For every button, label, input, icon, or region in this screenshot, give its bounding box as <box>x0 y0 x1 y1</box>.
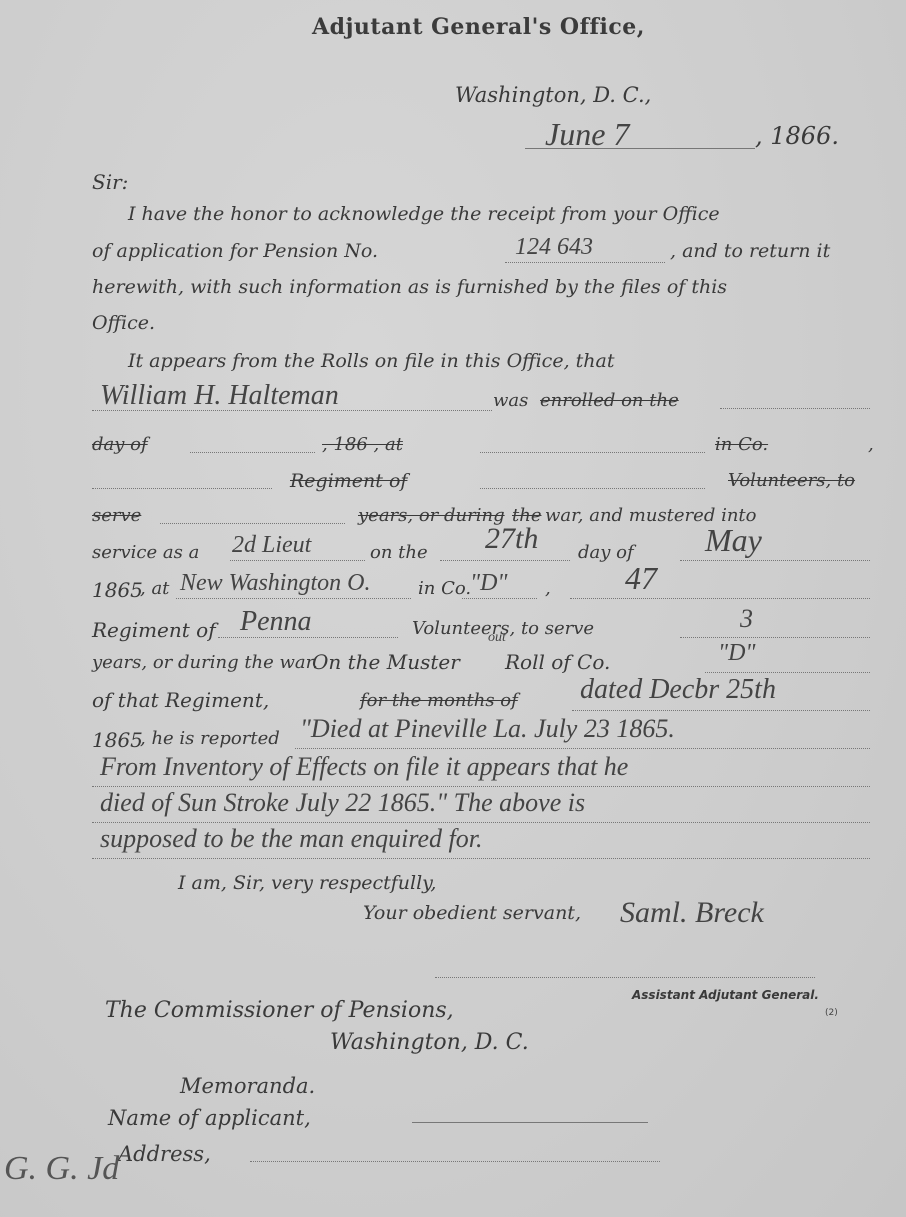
rank: 2d Lieut <box>232 532 311 559</box>
office-heading: Adjutant General's Office, <box>312 14 645 40</box>
document-page: Adjutant General's Office, Washington, D… <box>0 0 906 1217</box>
of-that-regiment-text: of that Regiment, <box>92 688 269 712</box>
on-the-text: on the <box>370 542 428 563</box>
signature-line <box>435 977 815 978</box>
body-line-2-post: , and to return it <box>670 240 830 262</box>
remark-2: From Inventory of Effects on file it app… <box>100 752 628 782</box>
was-text: was <box>493 390 528 411</box>
day-line <box>440 560 570 561</box>
name-of-applicant-label: Name of applicant, <box>108 1106 311 1130</box>
date-year: , 1866. <box>755 122 839 150</box>
memoranda-heading: Memoranda. <box>180 1074 315 1098</box>
in-co-text: in Co. <box>418 578 471 599</box>
service-as-text: service as a <box>92 542 199 563</box>
in-co-struck: in Co. <box>715 434 768 455</box>
volunteers-to-struck: Volunteers, to <box>728 470 855 491</box>
name-of-applicant-field <box>412 1122 648 1123</box>
comma: , <box>545 578 551 599</box>
at-text: , at <box>140 578 169 599</box>
term-line <box>680 637 870 638</box>
place-line <box>176 598 411 599</box>
comma: , <box>868 434 874 455</box>
body-line-5: It appears from the Rolls on file in thi… <box>128 350 615 372</box>
soldier-name: William H. Halteman <box>100 380 339 412</box>
salutation: Sir: <box>92 170 128 194</box>
regiment-number: 47 <box>625 560 657 597</box>
for-months-struck: for the months of <box>360 690 518 711</box>
date-handwritten: June 7 <box>545 116 629 153</box>
pension-number: 124 643 <box>515 234 593 261</box>
state: Penna <box>240 606 312 638</box>
muster-year: 1865 <box>92 578 143 602</box>
out-insert: out <box>488 630 506 646</box>
blank-line <box>720 408 870 409</box>
body-line-1: I have the honor to acknowledge the rece… <box>128 203 720 225</box>
muster-day: 27th <box>485 522 538 556</box>
year-186-struck: , 186 , at <box>322 434 403 455</box>
remark-line-4 <box>92 858 870 859</box>
regiment-of-text: Regiment of <box>92 618 216 642</box>
term: 3 <box>740 604 753 634</box>
on-the-muster-text: On the Muster <box>312 650 460 674</box>
regiment-line <box>570 598 870 599</box>
year-1865: 1865 <box>92 728 143 752</box>
company: "D" <box>470 570 508 597</box>
company-2: "D" <box>718 640 756 667</box>
closing-line-2: Your obedient servant, <box>363 902 581 924</box>
address-label: Address, <box>118 1142 211 1166</box>
dated-line <box>572 710 870 711</box>
remark-3: died of Sun Stroke July 22 1865." The ab… <box>100 788 585 818</box>
closing-line-1: I am, Sir, very respectfully, <box>178 872 436 894</box>
blank-line <box>160 523 345 524</box>
body-line-2-pre: of application for Pension No. <box>92 240 378 262</box>
blank-line <box>480 452 705 453</box>
roll-of-co-text: Roll of Co. <box>505 650 610 674</box>
reported-text: , he is reported <box>140 728 280 749</box>
pension-no-line <box>505 262 665 263</box>
place-line: Washington, D. C., <box>455 83 651 107</box>
remark-line-1 <box>295 748 870 749</box>
company-line <box>705 672 870 673</box>
blank-line <box>190 452 315 453</box>
signature: Saml. Breck <box>620 896 764 930</box>
day-of-struck: day of <box>92 434 148 455</box>
dated: dated Decbr 25th <box>580 674 776 706</box>
remark-4: supposed to be the man enquired for. <box>100 824 483 854</box>
remark-line-2 <box>92 786 870 787</box>
remark-1: "Died at Pineville La. July 23 1865. <box>300 714 675 744</box>
enrolled-struck: enrolled on the <box>540 390 679 411</box>
years-during-struck: years, or during <box>358 505 505 526</box>
body-line-3: herewith, with such information as is fu… <box>92 276 727 298</box>
years-during-text: years, or during the war. <box>92 652 318 673</box>
blank-line <box>92 488 272 489</box>
signatory-title: Assistant Adjutant General. <box>632 988 819 1002</box>
clerk-initials: G. G. Jd <box>4 1150 119 1188</box>
addressee-line-2: Washington, D. C. <box>330 1030 529 1055</box>
body-line-4: Office. <box>92 312 155 334</box>
regiment-of-struck: Regiment of <box>290 470 407 492</box>
rank-line <box>230 560 365 561</box>
blank-line <box>480 488 705 489</box>
serve-struck: serve <box>92 505 141 526</box>
company-line <box>462 598 537 599</box>
remark-line-3 <box>92 822 870 823</box>
address-field <box>250 1161 660 1162</box>
muster-place: New Washington O. <box>180 570 370 597</box>
addressee-line-1: The Commissioner of Pensions, <box>105 998 454 1023</box>
month-line <box>680 560 870 561</box>
muster-month: May <box>705 522 762 559</box>
page-mark: (2) <box>825 1008 838 1018</box>
